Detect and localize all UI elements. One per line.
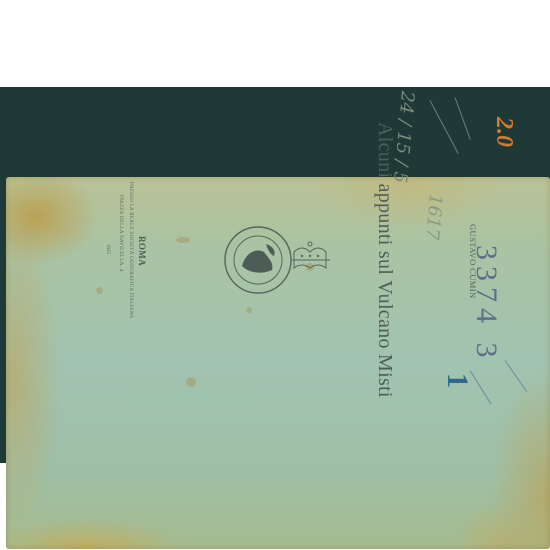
orange-mark: 2.0 bbox=[490, 117, 517, 147]
stain bbox=[186, 377, 196, 387]
blue-mark: 1 bbox=[440, 373, 474, 388]
stain bbox=[246, 307, 252, 313]
publisher-name: PRESSO LA REALE SOCIETÀ GEOGRAFICA ITALI… bbox=[128, 182, 133, 319]
publisher-city: ROMA bbox=[137, 236, 147, 266]
pencil-annotation-middle: 1617 bbox=[421, 193, 446, 240]
society-seal-icon bbox=[222, 222, 332, 298]
stain bbox=[96, 287, 103, 294]
stain bbox=[176, 237, 190, 243]
publication-year: 1925 bbox=[105, 244, 110, 254]
catalog-stamp-number: 3374 3 bbox=[469, 245, 503, 364]
publisher-address: PIAZZA DELLA NAVICELLA, 4 bbox=[118, 195, 123, 272]
